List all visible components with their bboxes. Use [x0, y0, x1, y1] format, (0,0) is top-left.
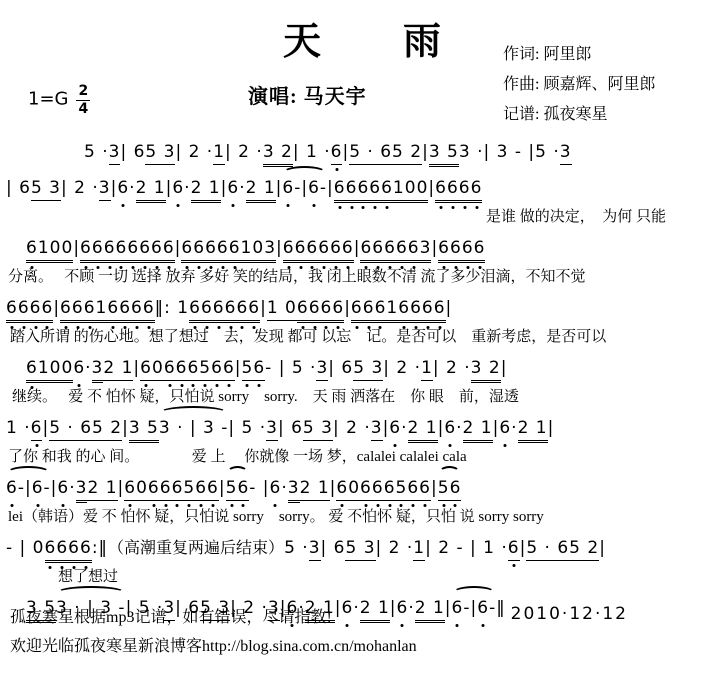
note-group: 3 5 — [429, 140, 459, 167]
note-group: 6 6 6 6 — [45, 536, 92, 563]
note-group: 3 — [109, 140, 121, 165]
note-group: 6 — [270, 476, 282, 500]
note-group: 1 0 — [267, 296, 297, 321]
note-group: 6 5 6 6 — [172, 476, 219, 501]
note-group: 6 0 6 6 — [336, 476, 383, 501]
note-group: | — [344, 296, 351, 320]
note-group: | 1 · — [293, 140, 331, 164]
note-group: 6 0 6 6 — [140, 356, 187, 381]
note-group: 3 — [99, 176, 111, 201]
note-group: | 2 - | 1 · — [425, 536, 508, 560]
note-group: 3 · | 3 - — [159, 416, 229, 440]
note-group: 2 1 — [87, 476, 117, 501]
note-group: | — [599, 536, 606, 560]
note-group: 6 — [57, 476, 69, 500]
time-signature-denominator: 4 — [76, 101, 90, 117]
note-group: 3 — [266, 416, 278, 441]
lyrics-line: lei（韩语）爱 不 怕怀 疑，只怕说 sorry sorry。 爱 不怕怀 疑… — [0, 507, 726, 527]
note-group: 1 — [413, 536, 425, 561]
note-group: 3 2 — [471, 356, 501, 383]
note-group: 5 2 — [92, 416, 122, 441]
note-group: | 5 · — [228, 416, 266, 440]
note-group: 2 1 — [408, 416, 438, 443]
note-group: | 6 — [120, 140, 145, 164]
note-group: | — [431, 236, 438, 260]
note-group: | — [73, 236, 80, 260]
music-line: - | 0 6 6 6 6 :‖（高潮重复两遍后结束）5 · 3 | 6 5 3… — [0, 536, 726, 563]
note-group: 5 3 — [303, 416, 333, 441]
note-group: 6 — [31, 416, 43, 441]
note-group: 6 — [117, 176, 129, 200]
note-group: | — [383, 416, 390, 440]
note-group: ‖: 1 — [155, 296, 189, 320]
note-group: 6 6 — [330, 236, 354, 263]
lyrics-line: 想了想过 — [0, 567, 726, 587]
note-group: 3 — [371, 416, 383, 441]
note-group: | — [520, 536, 527, 560]
note-group: 3 — [76, 476, 88, 503]
note-group: （高潮重复两遍后结束） — [108, 537, 284, 561]
note-group: 6 — [331, 140, 343, 165]
note-group: | — [438, 416, 445, 440]
date: 2010·12·12 — [511, 604, 628, 624]
note-group: | — [133, 356, 140, 380]
footer: 孤夜寒星根据mp3记谱，如有错误，尽请指教! 2010·12·12 欢迎光临孤夜… — [10, 604, 716, 656]
note-group: | — [111, 176, 118, 200]
note-group: 6 - | 6 - — [282, 176, 327, 200]
score: 5 · 3 | 6 5 3 | 2 · 1 | 2 · 3 2 | 1 · 6 … — [0, 136, 726, 623]
sheet-music-page: 天 雨 作词: 阿里郎 作曲: 顾嘉辉、阿里郎 记谱: 孤夜寒星 1=G24 演… — [0, 0, 726, 677]
note-group: | 2 · — [175, 140, 213, 164]
note-group: 6 6 6 6 — [107, 296, 154, 323]
note-group: 6 5 6 6 — [384, 476, 431, 501]
note-group: 3 2 — [263, 140, 293, 167]
note-group: | — [446, 296, 453, 320]
note-group: 6 — [444, 416, 456, 440]
note-group: 2 1 — [300, 476, 330, 501]
note-group: 5 · — [535, 140, 560, 164]
note-group: 6 6 6 1 — [351, 296, 398, 323]
note-group: 2 1 — [103, 356, 133, 381]
note-group: | — [122, 416, 129, 440]
note-group: 6 6 6 6 — [435, 176, 482, 203]
note-group: | 2 · — [433, 356, 471, 380]
note-group: 5 6 — [242, 356, 266, 381]
note-group: 6 — [172, 176, 184, 200]
credits-block: 作词: 阿里郎 作曲: 顾嘉辉、阿里郎 记谱: 孤夜寒星 — [503, 40, 655, 130]
note-group: | — [221, 176, 228, 200]
note-group: 6 6 6 6 — [181, 236, 228, 263]
music-line: 6 1 0 0 | 6 6 6 6 6 6 6 6 | 6 6 6 6 6 1 … — [0, 236, 726, 263]
note-group: 6 - | 6 - — [6, 476, 51, 500]
note-group: 5 3 — [31, 176, 61, 201]
note-group: 5 3 — [353, 356, 383, 381]
music-line: 6 6 6 6 | 6 6 6 1 6 6 6 6 ‖: 1 6 6 6 6 6… — [0, 296, 726, 323]
note-group: 6 6 6 6 — [297, 296, 344, 323]
note-group: 3 — [309, 536, 321, 561]
note-group: 5 · 6 — [526, 536, 569, 561]
lyricist-credit: 作词: 阿里郎 — [503, 40, 655, 70]
note-group: 6 5 6 6 — [187, 356, 234, 381]
note-group: 6 6 — [189, 296, 213, 323]
note-group: 6 0 6 6 — [124, 476, 171, 501]
note-group: | — [354, 236, 361, 260]
singer-credit: 演唱: 马天宇 — [248, 80, 367, 109]
key-signature: 1=G24 — [28, 84, 90, 116]
note-group: 6 6 — [283, 236, 307, 263]
note-group: 3 · — [459, 140, 484, 164]
note-group: | — [342, 140, 349, 164]
note-group: | — [235, 356, 242, 380]
note-group: 6 1 0 3 — [229, 236, 276, 263]
note-group: 5 · — [284, 536, 309, 560]
note-group: | 2 · — [225, 140, 263, 164]
note-group: | — [276, 176, 283, 200]
note-group: 6 3 — [408, 236, 432, 263]
note-group: | — [276, 236, 283, 260]
note-group: | 6 — [321, 536, 346, 560]
note-group: | — [219, 476, 226, 500]
time-signature-numerator: 2 — [76, 84, 90, 101]
note-group: | 2 · — [383, 356, 421, 380]
lyrics-line: 分离。 不顾 一切 选择 放弃 多好 笑的结局，我 闭上眼数不清 流了多少泪滴，… — [0, 267, 726, 287]
note-group: | — [422, 140, 429, 164]
note-group: 6 — [508, 536, 520, 561]
note-group: 1 · — [6, 416, 31, 440]
note-group: 3 — [92, 356, 104, 383]
note-group: 2 1 — [136, 176, 166, 203]
note-group: 6 6 — [306, 236, 330, 263]
note-group: 6 6 6 6 — [398, 296, 445, 323]
lyrics-line: 踏入所谓 的伤心地。想了想过 去，发现 都可 以忘 记。是否可以 重新考虑，是否… — [0, 327, 726, 347]
note-group: 1 — [421, 356, 433, 381]
note-group: 6 — [499, 416, 511, 440]
note-group: | — [493, 416, 500, 440]
note-group: 6 6 6 1 — [60, 296, 107, 323]
note-group: 3 — [288, 476, 300, 503]
note-group: | — [501, 356, 508, 380]
note-group: 2 1 — [191, 176, 221, 203]
music-line: 1 · 6 |5 · 6 5 2 |3 5 3 · | 3 - | 5 · 3 … — [0, 416, 726, 443]
note-group: 6 1 0 0 — [381, 176, 428, 203]
note-group: 5 3 — [145, 140, 175, 165]
note-group: | 6 — [328, 356, 353, 380]
note-group: - | 0 — [6, 536, 45, 560]
music-line: 6 1 0 0 6 ·3 2 1 | 6 0 6 6 6 5 6 6 | 5 6… — [0, 356, 726, 383]
note-group: 3 — [560, 140, 572, 165]
note-group: 5 6 — [226, 476, 250, 501]
note-group: | — [53, 296, 60, 320]
note-group: 5 · 6 — [349, 140, 392, 165]
note-group: 6 6 6 6 — [127, 236, 174, 263]
note-group: 5 · — [84, 140, 109, 164]
note-group: | — [330, 476, 337, 500]
note-group: 6 6 6 6 — [80, 236, 127, 263]
note-group: | — [175, 236, 182, 260]
note-group: | 2 · — [376, 536, 414, 560]
note-group: | — [428, 176, 435, 200]
note-group: 1 — [213, 140, 225, 165]
note-group: | — [118, 476, 125, 500]
note-group: - | 5 · — [265, 356, 316, 380]
transcriber-note: 孤夜寒星根据mp3记谱，如有错误，尽请指教! — [10, 604, 332, 627]
note-group: 5 · 6 — [49, 416, 92, 441]
note-group: 6 6 6 6 — [334, 176, 381, 203]
note-group: | 2 · — [333, 416, 371, 440]
lyrics-line: 是谁 做的决定， 为何 只能 — [0, 207, 726, 227]
note-group: 6 — [73, 356, 85, 380]
note-group: 3 5 — [129, 416, 159, 443]
note-group: 5 6 — [438, 476, 462, 501]
note-group: | — [327, 176, 334, 200]
note-group: 6 — [227, 176, 239, 200]
note-group: 6 1 0 0 — [26, 356, 73, 383]
note-group: | 3 - | — [483, 140, 535, 164]
note-group: | — [431, 476, 438, 500]
music-line: 5 · 3 | 6 5 3 | 2 · 1 | 2 · 3 2 | 1 · 6 … — [0, 140, 726, 167]
composer-credit: 作曲: 顾嘉辉、阿里郎 — [503, 70, 655, 100]
note-group: 2 1 — [518, 416, 548, 443]
note-group: 6 6 6 6 — [438, 236, 485, 263]
time-signature: 24 — [76, 84, 90, 116]
note-group: | 2 · — [61, 176, 99, 200]
note-group: 6 6 6 6 — [360, 236, 407, 263]
note-group: 5 3 — [345, 536, 375, 561]
note-group: 6 6 6 6 — [6, 296, 53, 323]
note-group: 2 1 — [246, 176, 276, 203]
transcriber-credit: 记谱: 孤夜寒星 — [503, 100, 655, 130]
note-group: 5 2 — [392, 140, 422, 165]
lyrics-line: 继续。 爱 不 怕怀 疑，只怕说 sorry sorry. 天 雨 洒落在 你 … — [0, 387, 726, 407]
note-group: | — [166, 176, 173, 200]
note-group: - | — [249, 476, 269, 500]
note-group: | — [51, 476, 58, 500]
note-group: | — [548, 416, 555, 440]
key-label: 1=G — [28, 89, 68, 110]
note-group: 2 1 — [463, 416, 493, 443]
note-group: | 6 — [6, 176, 31, 200]
note-group: 6 1 0 0 — [26, 236, 73, 263]
music-line: 6 - | 6 - | 6 ·3 2 1 | 6 0 6 6 6 5 6 6 |… — [0, 476, 726, 503]
note-group: 5 2 — [569, 536, 599, 561]
note-group: 6 6 6 6 — [213, 296, 260, 323]
note-group: | — [42, 416, 49, 440]
music-line: | 6 5 3 | 2 · 3 | 6· 2 1 | 6· 2 1 | 6 · … — [0, 176, 726, 203]
lyrics-line: 了你 和我 的心 间。 爱 上 你就像 一场 梦，calalei calalei… — [0, 447, 726, 467]
note-group: | — [260, 296, 267, 320]
note-group: 6 — [389, 416, 401, 440]
note-group: :‖ — [92, 536, 108, 560]
note-group: 3 — [316, 356, 328, 381]
note-group: | 6 — [278, 416, 303, 440]
blog-url: 欢迎光临孤夜寒星新浪博客http://blog.sina.com.cn/moha… — [10, 633, 716, 656]
